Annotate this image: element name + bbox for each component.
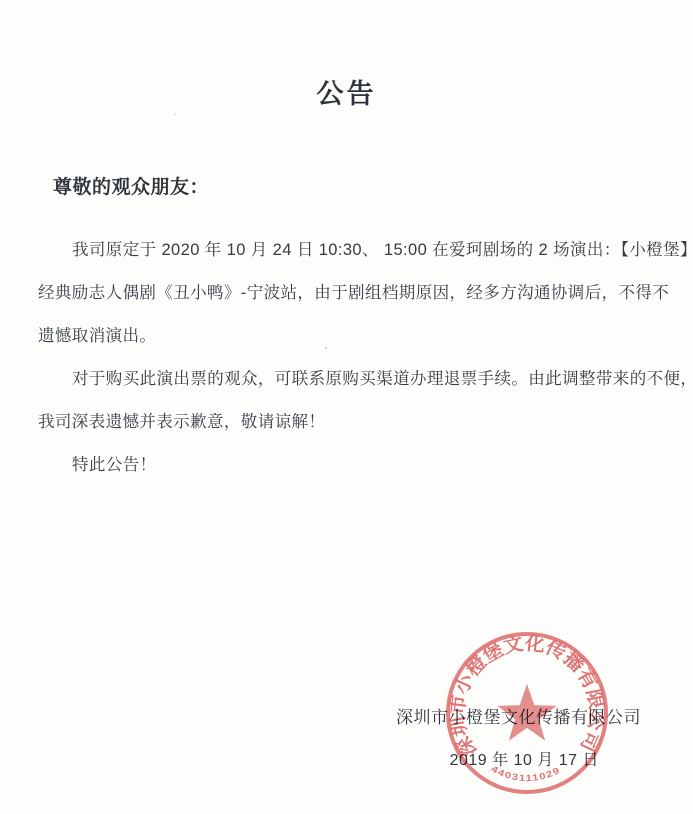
page-title: 公告 (0, 72, 693, 111)
body-line: 我司原定于 2020 年 10 月 24 日 10:30、 15:00 在爱珂剧… (38, 229, 663, 272)
body-line: 我司深表遗憾并表示歉意，敬请谅解！ (38, 401, 663, 444)
body-line: 特此公告！ (38, 444, 663, 487)
body-line: 遗憾取消演出。 (38, 315, 663, 358)
body-line: 对于购买此演出票的观众，可联系原购买渠道办理退票手续。由此调整带来的不便， (38, 358, 663, 401)
company-name: 深圳市小橙堡文化传播有限公司 (396, 703, 641, 728)
svg-text:深圳市小橙堡文化传播有限公司: 深圳市小橙堡文化传播有限公司 (445, 632, 607, 761)
seal-ring-text: 深圳市小橙堡文化传播有限公司 (445, 632, 607, 761)
body-line: 经典励志人偶剧《丑小鸭》-宁波站，由于剧组档期原因，经多方沟通协调后，不得不 (38, 272, 663, 315)
signature-date: 2019 年 10 月 17 日 (450, 747, 599, 770)
scan-speck (325, 347, 327, 349)
salutation: 尊敬的观众朋友： (53, 172, 209, 199)
body-text: 我司原定于 2020 年 10 月 24 日 10:30、 15:00 在爱珂剧… (38, 229, 663, 487)
announcement-document: 公告 尊敬的观众朋友： 我司原定于 2020 年 10 月 24 日 10:30… (0, 0, 693, 814)
scan-speck (174, 113, 176, 115)
